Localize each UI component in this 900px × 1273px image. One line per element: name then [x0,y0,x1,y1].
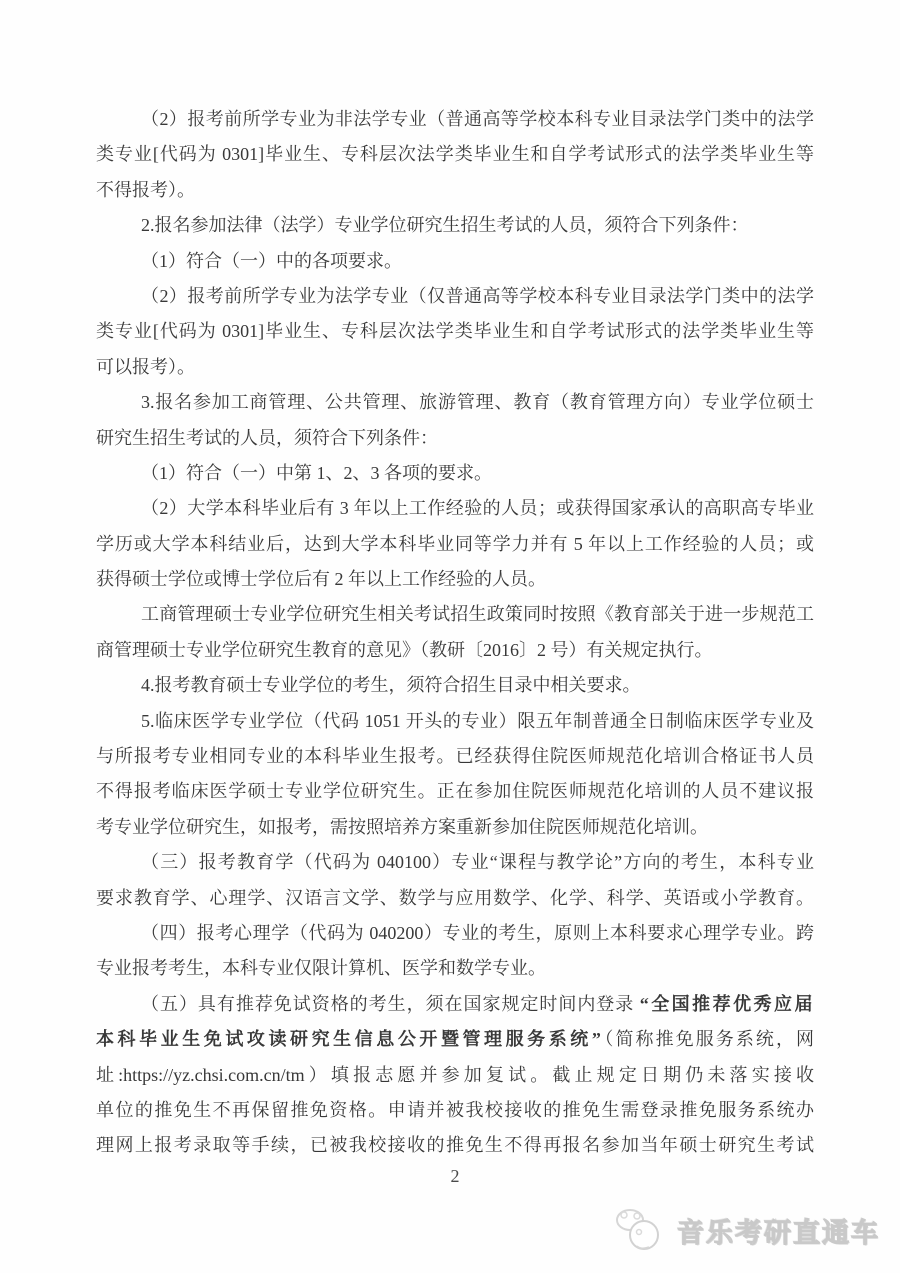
text-segment: 单位的推免生不再保留推免资格。申请并被我校接收的推免生需登录推免服务系统办 [96,1100,814,1120]
text-line: 商管理硕士专业学位研究生教育的意见》（教研〔2016〕2 号）有关规定执行。 [96,633,814,668]
text-line: （三）报考教育学（代码为 040100）专业“课程与教学论”方向的考生，本科专业 [96,845,814,880]
text-line: （1）符合（一）中第 1、2、3 各项的要求。 [96,456,814,491]
text-line: 理网上报考录取等手续，已被我校接收的推免生不得再报名参加当年硕士研究生考试 [96,1128,814,1163]
text-segment: 学历或大学本科结业后，达到大学本科毕业同等学力并有 5 年以上工作经验的人员；或 [96,534,814,554]
text-line: 本科毕业生免试攻读研究生信息公开暨管理服务系统”（简称推免服务系统，网 [96,1022,814,1057]
panda-logo-icon [613,1206,671,1254]
text-line: 2.报名参加法律（法学）专业学位研究生招生考试的人员，须符合下列条件： [96,208,814,243]
watermark: 音乐考研直通车 [613,1206,880,1254]
text-line: 考专业学位研究生，如报考，需按照培养方案重新参加住院医师规范化培训。 [96,810,814,845]
text-segment: 可以报考）。 [96,357,195,377]
text-segment: （2）报考前所学专业为法学专业（仅普通高等学校本科专业目录法学门类中的法学 [141,286,814,306]
text-segment: 2.报名参加法律（法学）专业学位研究生招生考试的人员，须符合下列条件： [141,215,749,235]
text-segment: 研究生招生考试的人员，须符合下列条件： [96,428,438,448]
text-segment: 专业报考考生，本科专业仅限计算机、医学和数学专业。 [96,958,546,978]
text-line: 要求教育学、心理学、汉语言文学、数学与应用数学、化学、科学、英语或小学教育。 [96,881,814,916]
text-segment: 类专业[代码为 0301]毕业生、专科层次法学类毕业生和自学考试形式的法学类毕业… [96,321,814,341]
text-segment: （2）大学本科毕业后有 3 年以上工作经验的人员；或获得国家承认的高职高专毕业 [141,498,814,518]
text-segment: （三）报考教育学（代码为 040100）专业“课程与教学论”方向的考生，本科专业 [141,852,814,872]
text-segment: 不得报考临床医学硕士专业学位研究生。正在参加住院医师规范化培训的人员不建议报 [96,781,814,801]
bold-text-segment: “全国推荐优秀应届 [640,994,814,1014]
text-line: （2）报考前所学专业为非法学专业（普通高等学校本科专业目录法学门类中的法学 [96,102,814,137]
text-line: （2）报考前所学专业为法学专业（仅普通高等学校本科专业目录法学门类中的法学 [96,279,814,314]
text-segment: 5.临床医学专业学位（代码 1051 开头的专业）限五年制普通全日制临床医学专业… [141,711,814,731]
text-line: 3.报名参加工商管理、公共管理、旅游管理、教育（教育管理方向）专业学位硕士 [96,385,814,420]
text-line: 址:https://yz.chsi.com.cn/tm）填报志愿并参加复试。截止… [96,1058,814,1093]
text-segment: （2）报考前所学专业为非法学专业（普通高等学校本科专业目录法学门类中的法学 [141,109,814,129]
text-line: 不得报考）。 [96,173,814,208]
text-line: 与所报考专业相同专业的本科毕业生报考。已经获得住院医师规范化培训合格证书人员 [96,739,814,774]
text-segment: 理网上报考录取等手续，已被我校接收的推免生不得再报名参加当年硕士研究生考试 [96,1135,814,1155]
text-line: 研究生招生考试的人员，须符合下列条件： [96,421,814,456]
text-segment: 4.报考教育硕士专业学位的考生，须符合招生目录中相关要求。 [141,675,641,695]
text-line: 工商管理硕士专业学位研究生相关考试招生政策同时按照《教育部关于进一步规范工 [96,597,814,632]
text-segment: 与所报考专业相同专业的本科毕业生报考。已经获得住院医师规范化培训合格证书人员 [96,746,814,766]
text-segment: （五）具有推荐免试资格的考生，须在国家规定时间内登录 [141,994,640,1014]
text-line: 5.临床医学专业学位（代码 1051 开头的专业）限五年制普通全日制临床医学专业… [96,704,814,739]
text-line: （五）具有推荐免试资格的考生，须在国家规定时间内登录 “全国推荐优秀应届 [96,987,814,1022]
text-segment: 址:https://yz.chsi.com.cn/tm）填报志愿并参加复试。截止… [96,1065,814,1085]
text-segment: （1）符合（一）中第 1、2、3 各项的要求。 [141,463,492,483]
text-segment: 获得硕士学位或博士学位后有 2 年以上工作经验的人员。 [96,569,546,589]
document-body: （2）报考前所学专业为非法学专业（普通高等学校本科专业目录法学门类中的法学类专业… [96,102,814,1164]
text-segment: 工商管理硕士专业学位研究生相关考试招生政策同时按照《教育部关于进一步规范工 [141,604,814,624]
document-page: （2）报考前所学专业为非法学专业（普通高等学校本科专业目录法学门类中的法学类专业… [0,0,900,1273]
text-segment: 考专业学位研究生，如报考，需按照培养方案重新参加住院医师规范化培训。 [96,817,708,837]
text-segment: （简称推免服务系统，网 [602,1029,814,1049]
text-segment: 要求教育学、心理学、汉语言文学、数学与应用数学、化学、科学、英语或小学教育。 [96,888,814,908]
text-line: （四）报考心理学（代码为 040200）专业的考生，原则上本科要求心理学专业。跨 [96,916,814,951]
text-line: （1）符合（一）中的各项要求。 [96,244,814,279]
text-segment: 商管理硕士专业学位研究生教育的意见》（教研〔2016〕2 号）有关规定执行。 [96,640,713,660]
text-line: （2）大学本科毕业后有 3 年以上工作经验的人员；或获得国家承认的高职高专毕业 [96,491,814,526]
text-line: 专业报考考生，本科专业仅限计算机、医学和数学专业。 [96,951,814,986]
text-line: 单位的推免生不再保留推免资格。申请并被我校接收的推免生需登录推免服务系统办 [96,1093,814,1128]
text-line: 获得硕士学位或博士学位后有 2 年以上工作经验的人员。 [96,562,814,597]
text-line: 可以报考）。 [96,350,814,385]
text-line: 4.报考教育硕士专业学位的考生，须符合招生目录中相关要求。 [96,668,814,703]
text-line: 类专业[代码为 0301]毕业生、专科层次法学类毕业生和自学考试形式的法学类毕业… [96,137,814,172]
text-segment: （1）符合（一）中的各项要求。 [141,251,402,271]
bold-text-segment: 本科毕业生免试攻读研究生信息公开暨管理服务系统” [96,1029,602,1049]
text-line: 类专业[代码为 0301]毕业生、专科层次法学类毕业生和自学考试形式的法学类毕业… [96,314,814,349]
text-line: 学历或大学本科结业后，达到大学本科毕业同等学力并有 5 年以上工作经验的人员；或 [96,527,814,562]
text-line: 不得报考临床医学硕士专业学位研究生。正在参加住院医师规范化培训的人员不建议报 [96,774,814,809]
text-segment: （四）报考心理学（代码为 040200）专业的考生，原则上本科要求心理学专业。跨 [141,923,814,943]
watermark-text: 音乐考研直通车 [677,1211,880,1250]
text-segment: 不得报考）。 [96,180,195,200]
page-number: 2 [96,1166,814,1187]
text-segment: 3.报名参加工商管理、公共管理、旅游管理、教育（教育管理方向）专业学位硕士 [141,392,814,412]
text-segment: 类专业[代码为 0301]毕业生、专科层次法学类毕业生和自学考试形式的法学类毕业… [96,144,814,164]
